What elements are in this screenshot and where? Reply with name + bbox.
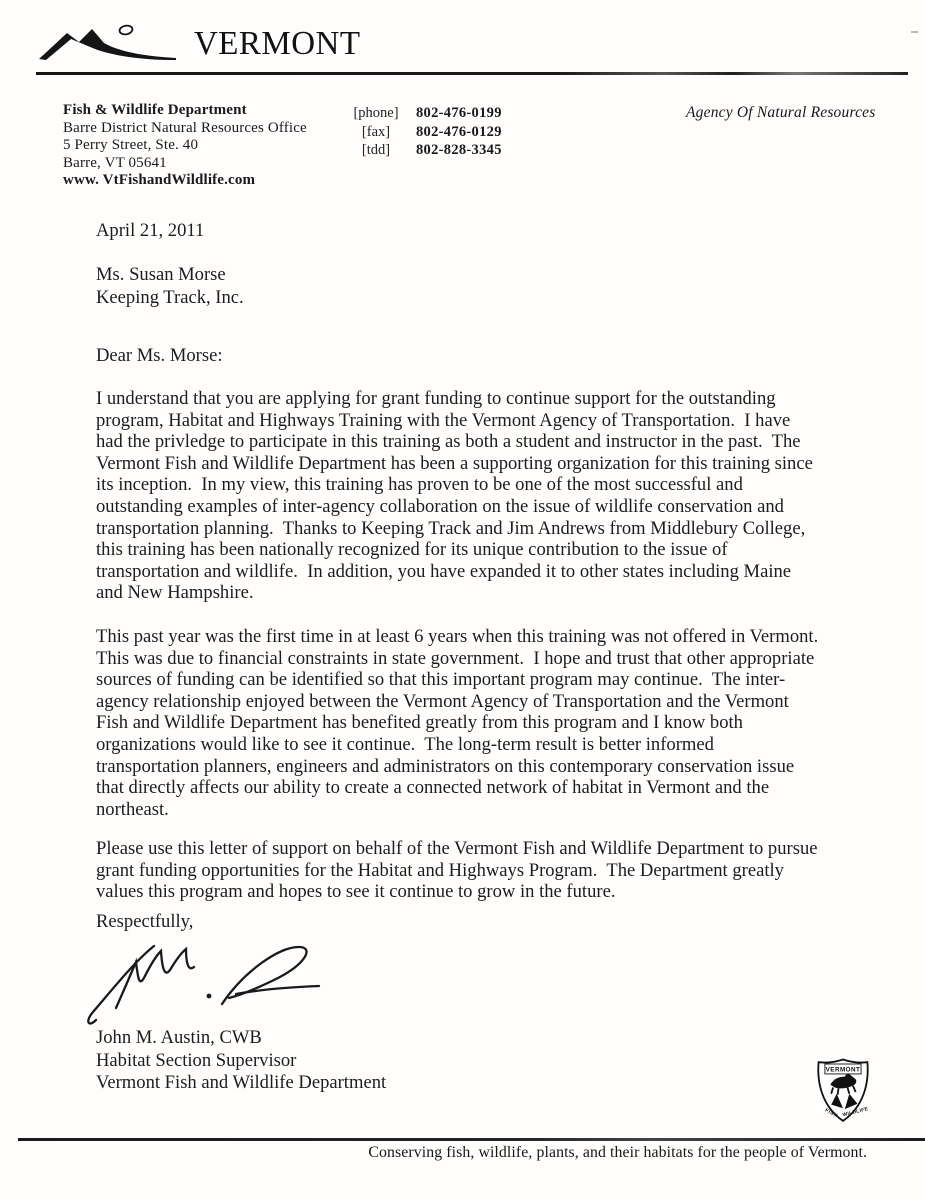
- phone-number: 802-476-0199: [416, 104, 502, 123]
- footer-divider: [18, 1138, 925, 1141]
- mountain-sun-icon: [38, 22, 188, 66]
- recipient-name: Ms. Susan Morse: [96, 264, 244, 287]
- signer-name: John M. Austin, CWB: [96, 1027, 386, 1050]
- recipient-block: Ms. Susan Morse Keeping Track, Inc.: [96, 264, 244, 309]
- signer-organization: Vermont Fish and Wildlife Department: [96, 1072, 386, 1095]
- fish-wildlife-badge: VERMONT FISH WILDLIFE: [815, 1056, 871, 1133]
- department-city: Barre, VT 05641: [63, 155, 307, 173]
- handwritten-signature: [86, 938, 326, 1033]
- department-office: Barre District Natural Resources Office: [63, 120, 307, 138]
- fish-wildlife-shield-icon: VERMONT FISH WILDLIFE: [815, 1056, 871, 1128]
- vermont-state-logo: VERMONT: [38, 22, 366, 66]
- letter-date: April 21, 2011: [96, 220, 204, 242]
- fax-row: [fax] 802-476-0129: [348, 123, 502, 142]
- signature-icon: [86, 938, 326, 1028]
- recipient-organization: Keeping Track, Inc.: [96, 287, 244, 310]
- fax-number: 802-476-0129: [416, 123, 502, 142]
- scan-artifact: [911, 31, 918, 33]
- fax-label: [fax]: [348, 123, 404, 142]
- phone-label: [phone]: [348, 104, 404, 123]
- department-name: Fish & Wildlife Department: [63, 102, 307, 120]
- department-address-block: Fish & Wildlife Department Barre Distric…: [63, 102, 307, 190]
- department-street: 5 Perry Street, Ste. 40: [63, 137, 307, 155]
- signer-title: Habitat Section Supervisor: [96, 1050, 386, 1073]
- footer-tagline: Conserving fish, wildlife, plants, and t…: [368, 1144, 867, 1162]
- body-paragraph-2: This past year was the first time in at …: [96, 626, 818, 820]
- agency-name: Agency Of Natural Resources: [686, 104, 876, 122]
- tdd-label: [tdd]: [348, 141, 404, 160]
- salutation: Dear Ms. Morse:: [96, 345, 223, 367]
- body-paragraph-1: I understand that you are applying for g…: [96, 388, 813, 604]
- scanned-letter-page: VERMONT Fish & Wildlife Department Barre…: [0, 0, 925, 1200]
- contact-numbers-block: [phone] 802-476-0199 [fax] 802-476-0129 …: [348, 104, 502, 160]
- signer-block: John M. Austin, CWB Habitat Section Supe…: [96, 1027, 386, 1095]
- department-website: www. VtFishandWildlife.com: [63, 172, 307, 190]
- header-divider: [36, 72, 908, 75]
- tdd-number: 802-828-3345: [416, 141, 502, 160]
- body-paragraph-3: Please use this letter of support on beh…: [96, 838, 818, 903]
- logo-wordmark: VERMONT: [194, 25, 360, 63]
- closing-line: Respectfully,: [96, 911, 193, 933]
- phone-row: [phone] 802-476-0199: [348, 104, 502, 123]
- badge-top-text: VERMONT: [826, 1067, 861, 1074]
- tdd-row: [tdd] 802-828-3345: [348, 141, 502, 160]
